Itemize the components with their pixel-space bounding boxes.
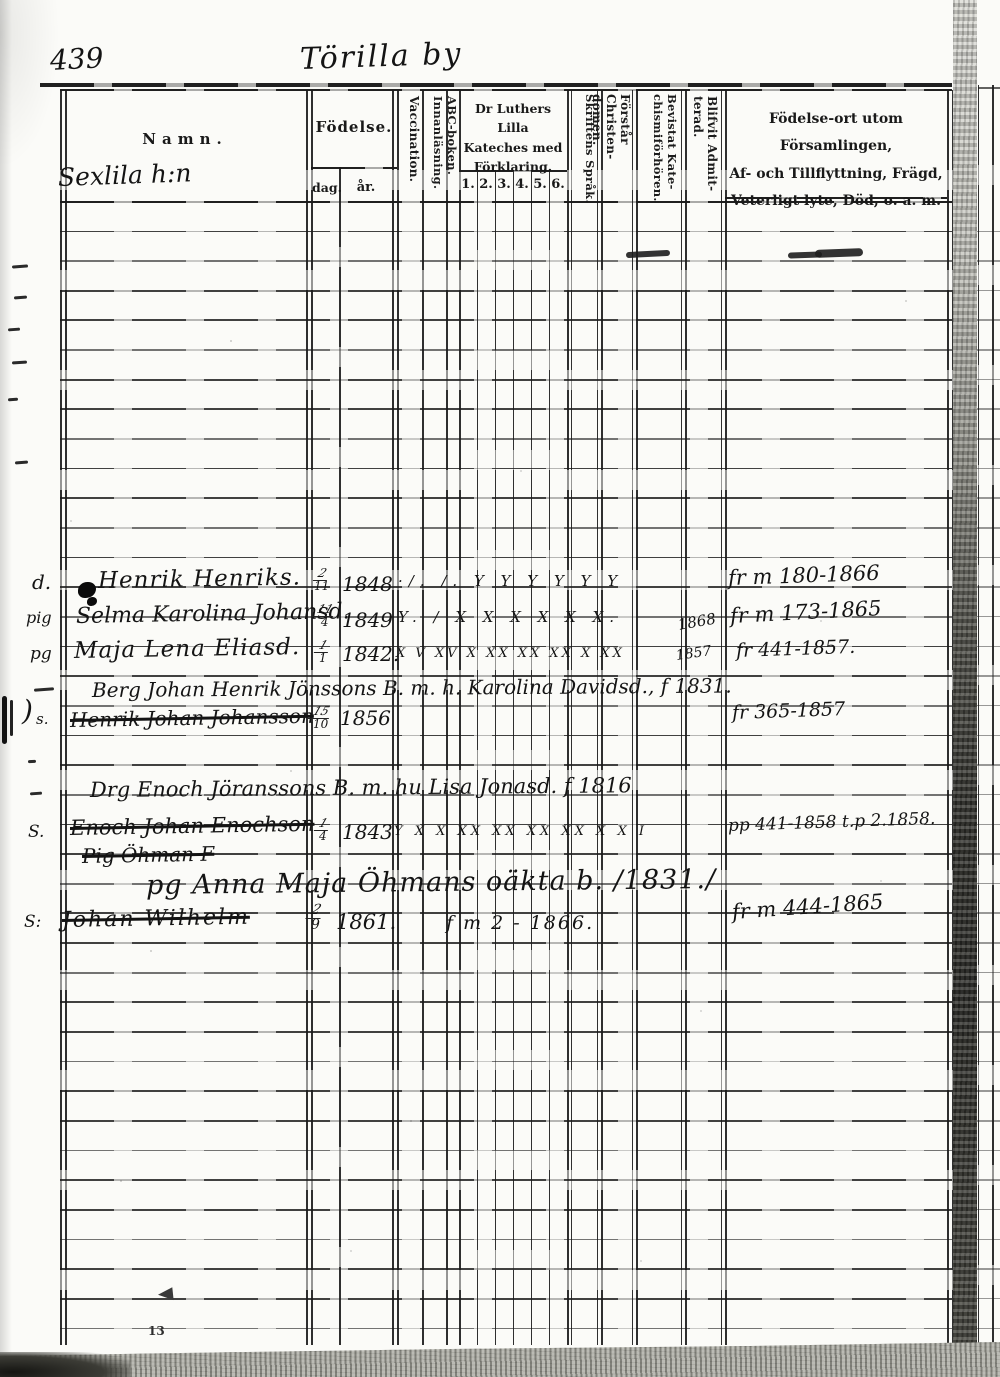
rule-line <box>60 1298 952 1300</box>
bottom-scan-noise <box>0 1342 1000 1377</box>
row-margin-code: d. <box>32 570 51 594</box>
rule-line <box>977 290 1000 292</box>
birth-year: 1861. <box>336 910 396 934</box>
col-header-bevistat-katechismiforhoren: Bevistat Kate- chismiförhören. <box>637 94 679 208</box>
kateches-col-4: 4. <box>513 177 531 192</box>
birth-day-top: 15 <box>308 706 334 719</box>
rule-line <box>60 527 952 529</box>
rule-line <box>60 408 952 410</box>
bevistat-line2: chismiförhören. <box>651 94 665 208</box>
col-header-dag: dag. <box>312 180 340 195</box>
birth-day-top: 1 <box>314 818 333 831</box>
birth-day-bottom: 11 <box>314 581 329 592</box>
rule-line <box>977 408 1000 410</box>
birth-day: 29 <box>308 904 323 933</box>
birth-year: 1848 <box>342 572 393 596</box>
birth-year: 1856 <box>340 706 391 730</box>
row-margin-code: pg <box>30 644 52 664</box>
rule-line <box>977 1179 1000 1181</box>
person-name: Henrik Henriks. <box>98 564 301 594</box>
household-note: Berg Johan Henrik Jönssons B. m. h. Karo… <box>92 674 732 702</box>
scan-speck <box>410 1120 412 1122</box>
kateches-col-6: 6. <box>549 177 567 192</box>
birth-year: 1849 <box>342 608 393 632</box>
village-title-handwritten: Törilla by <box>299 36 463 77</box>
col-header-blifvit-admitterad: Blifvit Admit- terad. <box>687 96 719 202</box>
household-note: pg Anna Maja Öhmans oäkta b. /1831./ <box>146 864 716 901</box>
birth-day: 114 <box>314 604 335 629</box>
rule-line <box>977 349 1000 351</box>
birth-day: 1510 <box>310 706 331 731</box>
col-header-ar: år. <box>340 180 392 195</box>
header-top-rule <box>40 83 952 87</box>
column-line <box>531 170 532 1345</box>
rule-line <box>977 497 1000 499</box>
ledger-row-note: Drg Enoch Jöranssons B. m. hu Lisa Jonas… <box>0 776 1000 806</box>
header-top-rule <box>60 89 952 91</box>
rule-line <box>60 260 952 262</box>
scan-speck <box>350 1250 352 1252</box>
household-note: Drg Enoch Jöranssons B. m. hu Lisa Jonas… <box>90 773 632 802</box>
migration-note: fr m 180-1866 <box>728 561 880 590</box>
margin-tick <box>12 264 28 268</box>
rule-line <box>977 1150 1000 1152</box>
rule-line <box>60 1150 952 1152</box>
person-name: Selma Karolina Johansd. <box>76 599 350 629</box>
column-line <box>339 167 341 1345</box>
kateches-col-2: 2. <box>477 177 495 192</box>
exam-marks: Y X X XX XX XX XX X X I <box>394 824 648 839</box>
blifvit-line1: Blifvit Admit- <box>705 96 719 202</box>
book-binding-band <box>953 0 977 1377</box>
rule-line <box>60 1239 952 1241</box>
exam-marks: f m 2 - 1866. <box>446 912 594 934</box>
margin-ink-streak <box>2 696 7 744</box>
ink-smudge <box>815 248 863 258</box>
rule-line <box>977 1001 1000 1003</box>
margin-tick <box>15 461 28 465</box>
exam-marks: Y. / X X X X X X. <box>398 608 620 626</box>
rule-line <box>977 1090 1000 1092</box>
rule-line <box>977 1120 1000 1122</box>
row-margin-code: s. <box>36 710 48 728</box>
rule-line <box>60 972 952 974</box>
margin-bracket: ) <box>22 694 33 727</box>
rule-line <box>977 527 1000 529</box>
rule-line <box>60 1120 952 1122</box>
col-header-forstar-christendomen: Förstår Christen- domen. <box>602 94 632 202</box>
person-name: Maja Lena Eliasd. <box>74 634 301 664</box>
margin-tick <box>8 328 20 332</box>
rule-line <box>60 468 952 470</box>
row-margin-code: pig <box>26 608 52 627</box>
birth-day: 14 <box>316 818 330 843</box>
kateches-line1: Dr Luthers Lilla <box>460 99 566 138</box>
rule-line <box>60 349 952 351</box>
col-header-abc-boken: ABC-boken. <box>443 96 459 200</box>
birth-day-top: 2 <box>305 904 325 919</box>
rule-line <box>977 1328 1000 1330</box>
migration-note: fr m 173-1865 <box>729 596 882 628</box>
migration-note: pp 441-1858 t.p 2.1858. <box>728 809 936 836</box>
rule-line <box>60 1061 952 1063</box>
exam-marks: X V XV X XX XX XX X XX <box>396 646 625 661</box>
birth-day-bottom: 9 <box>311 919 320 932</box>
rule-line <box>60 557 952 559</box>
bottom-left-dark-blob <box>0 1352 130 1377</box>
rule-line <box>977 972 1000 974</box>
page-number: 439 <box>49 41 104 77</box>
margin-ink-streak <box>10 700 13 736</box>
bevistat-line1: Bevistat Kate- <box>665 94 679 208</box>
birth-day: 211 <box>314 568 329 593</box>
rule-line <box>60 319 952 321</box>
scan-speck <box>520 470 522 472</box>
col-header-innanlasning: Innanläsning. <box>422 96 445 204</box>
col-header-kateches: Dr Luthers Lilla Kateches med Förklaring… <box>460 99 566 177</box>
ledger-row: pig Selma Karolina Johansd. 114 1849 Y. … <box>0 600 1000 634</box>
section-handwritten: Sexlila h:n <box>57 158 191 192</box>
scan-speck <box>290 770 292 772</box>
rule-line <box>977 1031 1000 1033</box>
rule-line <box>977 1298 1000 1300</box>
kateches-line2: Kateches med <box>460 138 566 157</box>
rule-line <box>978 87 1000 89</box>
kateches-line3: Förklaring. <box>460 157 566 176</box>
scanned-ledger-page: 439 Törilla by Namn. Sexlila h:n Födelse… <box>0 0 1000 1377</box>
ledger-row: S. Enoch Johan Enochson 14 1843 Y X X XX… <box>0 812 1000 846</box>
col-header-vaccination: Vaccination. <box>399 96 421 202</box>
rule-line <box>60 1090 952 1092</box>
col-header-fodelse: Födelse. <box>311 118 397 136</box>
blifvit-line2: terad. <box>691 96 705 202</box>
rule-line <box>60 438 952 440</box>
column-line <box>495 170 496 1345</box>
forstar-line2: domen. <box>590 94 604 202</box>
margin-tick <box>8 398 18 402</box>
margin-tick <box>14 296 27 300</box>
anteckningar-line2: Af- och Tillflyttning, Frägd, <box>727 161 945 188</box>
rule-line <box>60 942 952 944</box>
column-line <box>477 170 478 1345</box>
birth-year: 1842. <box>342 642 399 666</box>
birth-day-top: 11 <box>312 604 338 617</box>
scan-speck <box>700 1010 702 1012</box>
person-name: Enoch Johan Enochson <box>70 812 315 840</box>
exam-marks: ·/. /. Y Y Y Y Y Y <box>398 572 623 590</box>
scan-speck <box>905 300 907 302</box>
rule-line <box>977 1061 1000 1063</box>
column-line <box>513 170 514 1345</box>
rule-line <box>977 231 1000 233</box>
rule-line <box>60 1031 952 1033</box>
migration-note: fr 365-1857 <box>732 698 846 724</box>
rule-line <box>60 1328 952 1330</box>
birth-day-bottom: 4 <box>321 617 329 628</box>
anteckningar-line3: Veterligt lyte, Död, o. a. m. <box>727 188 945 215</box>
col-header-namn: Namn. <box>65 130 305 148</box>
person-name: Henrik Johan Johansson <box>70 704 314 732</box>
row-margin-code: S: <box>24 912 41 932</box>
ink-smudge <box>626 250 670 258</box>
migration-note: fr 441-1857. <box>736 636 856 662</box>
birth-day: 11 <box>316 640 330 665</box>
rule-line <box>977 379 1000 381</box>
rule-line <box>60 290 952 292</box>
ledger-row: pg Maja Lena Eliasd. 11 1842. X V XV X X… <box>0 634 1000 668</box>
forstar-line1: Förstår Christen- <box>604 94 632 202</box>
rule-line <box>60 1001 952 1003</box>
rule-line <box>977 1239 1000 1241</box>
rule-line <box>60 764 952 766</box>
rule-line <box>977 764 1000 766</box>
admitted-year: 1868 <box>676 610 717 634</box>
birth-day-top: 1 <box>314 640 333 653</box>
anteckningar-line1: Födelse-ort utom Församlingen, <box>727 106 945 161</box>
kateches-col-1: 1. <box>459 177 477 192</box>
scan-speck <box>230 340 232 342</box>
kateches-col-3: 3. <box>495 177 513 192</box>
rule-line <box>977 260 1000 262</box>
rule-line <box>311 167 397 169</box>
household-note: Pig Öhman F <box>82 842 215 868</box>
birth-year: 1843 <box>342 820 393 844</box>
rule-line <box>977 1268 1000 1270</box>
margin-tick <box>12 360 27 364</box>
rule-line <box>60 1209 952 1211</box>
rule-line <box>977 942 1000 944</box>
col-header-anteckningar: Födelse-ort utom Församlingen, Af- och T… <box>727 106 945 215</box>
rule-line <box>977 438 1000 440</box>
bottom-number: 13 <box>148 1324 165 1338</box>
scan-speck <box>640 1260 642 1262</box>
scan-speck <box>70 520 72 522</box>
scan-speck <box>150 950 152 952</box>
birth-day-bottom: 10 <box>313 719 328 730</box>
ledger-row: d. Henrik Henriks. 211 1848 ·/. /. Y Y Y… <box>0 566 1000 600</box>
scan-speck <box>120 1180 122 1182</box>
rule-line <box>60 1179 952 1181</box>
kateches-col-5: 5. <box>531 177 549 192</box>
arrow-artifact <box>157 1287 173 1301</box>
rule-line <box>60 497 952 499</box>
row-margin-code: S. <box>28 822 44 842</box>
rule-line <box>60 231 952 233</box>
margin-tick <box>28 760 36 764</box>
ledger-row: s. Henrik Johan Johansson 1510 1856 fr 3… <box>0 702 1000 736</box>
rule-line <box>977 468 1000 470</box>
column-line <box>549 170 550 1345</box>
birth-day-bottom: 1 <box>319 653 327 664</box>
person-name: Johan Wilhelm <box>62 905 250 933</box>
admitted-year: 1857 <box>675 643 713 664</box>
ledger-row: S: Johan Wilhelm 29 1861. f m 2 - 1866. … <box>0 902 1000 938</box>
kateches-subcolumns: 1. 2. 3. 4. 5. 6. <box>459 177 567 192</box>
rule-line <box>977 557 1000 559</box>
rule-line <box>60 1268 952 1270</box>
rule-line <box>977 319 1000 321</box>
rule-line <box>60 379 952 381</box>
rule-line <box>977 1209 1000 1211</box>
